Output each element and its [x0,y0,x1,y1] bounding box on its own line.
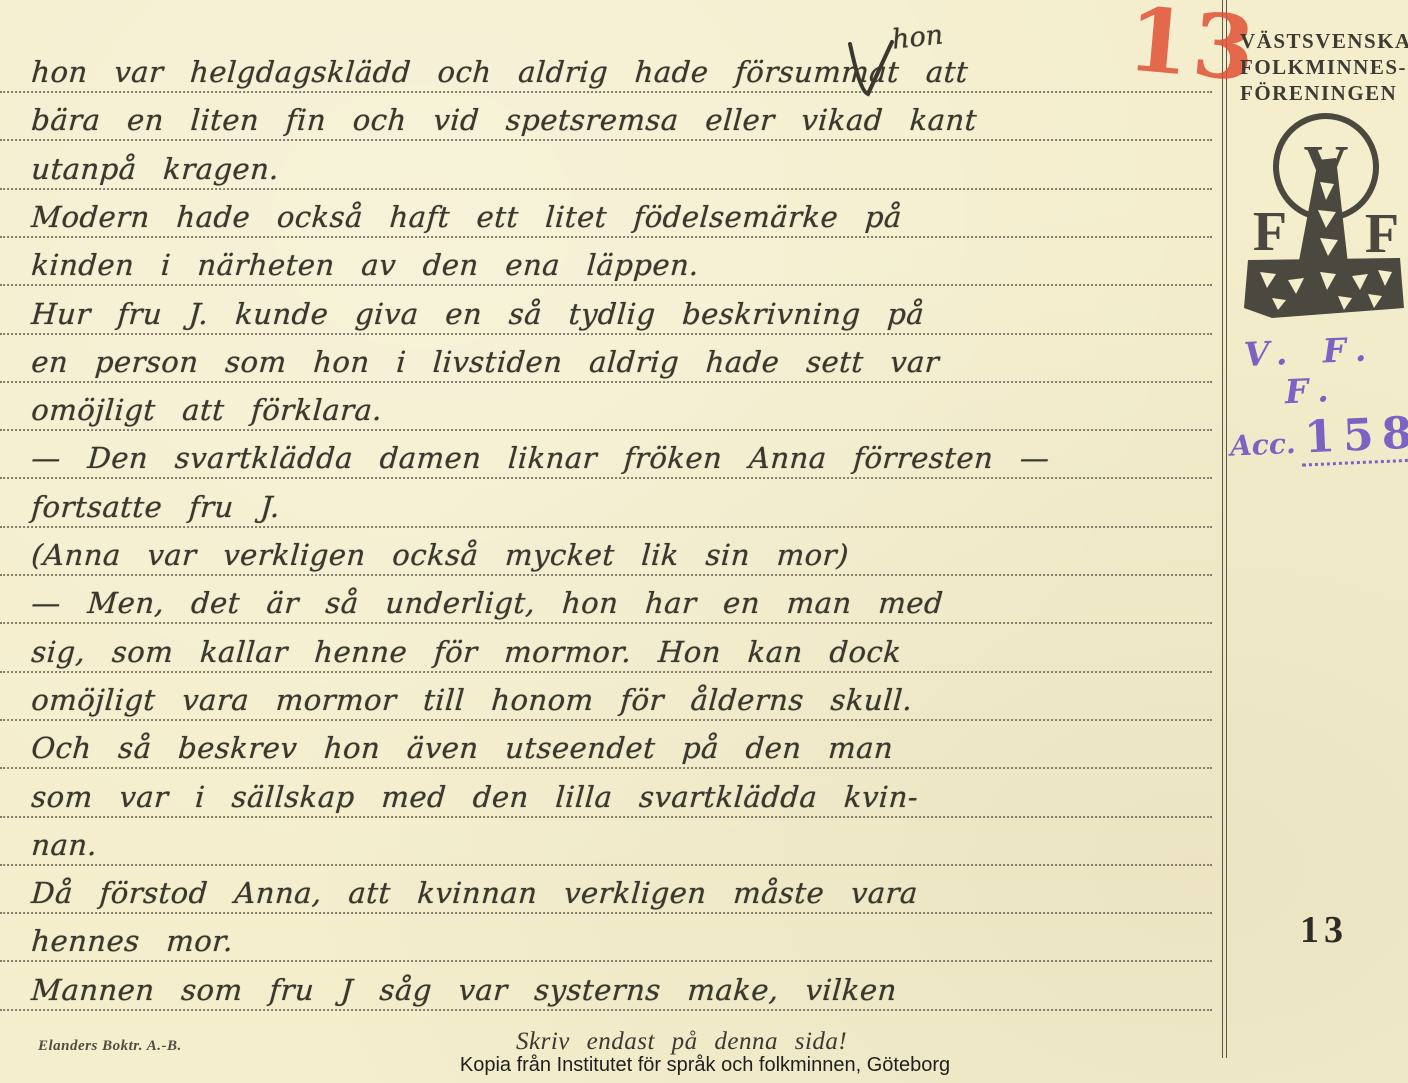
archive-copy-note: Kopia från Institutet för språk och folk… [405,1054,1005,1077]
manuscript-line: omöjligt vara mormor till honom för ålde… [0,672,1215,721]
org-name-line3: FÖRENINGEN [1240,80,1408,106]
manuscript-page: hon var helgdagsklädd och aldrig hade fö… [0,0,1408,1083]
manuscript-line: sig, som kallar henne för mormor. Hon ka… [0,624,1215,673]
write-only-instruction: Skriv endast på denna sida! [516,1028,847,1056]
logo-letter-f-left: F [1253,201,1287,263]
manuscript-line: utanpå kragen. [0,141,1215,190]
thors-hammer-logo-icon: V F F [1242,112,1406,327]
ruled-writing-area: hon var helgdagsklädd och aldrig hade fö… [0,0,1222,1083]
manuscript-line: omöjligt att förklara. [0,382,1215,431]
org-name-line1: VÄSTSVENSKA [1240,28,1408,54]
page-number-stamp: 13 [1300,908,1348,952]
manuscript-line: nan. [0,817,1215,866]
manuscript-line: en person som hon i livstiden aldrig had… [0,334,1215,383]
accession-label: Acc. [1229,427,1296,463]
org-name-line2: FOLKMINNES- [1240,54,1408,80]
manuscript-line: Då förstod Anna, att kvinnan verkligen m… [0,865,1215,914]
printer-mark: Elanders Boktr. A.-B. [38,1038,182,1055]
organisation-name: VÄSTSVENSKA FOLKMINNES- FÖRENINGEN [1240,28,1408,106]
manuscript-line: (Anna var verkligen också mycket lik sin… [0,527,1215,576]
accession-stamp: V. F. F. Acc. 1585 [1225,328,1401,466]
manuscript-line: hennes mor. [0,913,1215,962]
manuscript-line: Och så beskrev hon även utseendet på den… [0,720,1215,769]
manuscript-line: Modern hade också haft ett litet födelse… [0,189,1215,238]
manuscript-line: hon var helgdagsklädd och aldrig hade fö… [0,44,1215,93]
accession-number: 1585 [1299,406,1408,467]
insertion-caret-icon [846,38,898,100]
manuscript-line: — Men, det är så underligt, hon har en m… [0,575,1215,624]
manuscript-line: som var i sällskap med den lilla svartkl… [0,769,1215,818]
margin-rule [1222,0,1227,1058]
manuscript-line: fortsatte fru J. [0,479,1215,528]
logo-letter-f-right: F [1365,203,1399,265]
manuscript-line: Mannen som fru J såg var systerns make, … [0,962,1215,1011]
manuscript-line: — Den svartklädda damen liknar fröken An… [0,430,1215,479]
manuscript-line: Hur fru J. kunde giva en så tydlig beskr… [0,286,1215,335]
manuscript-line: bära en liten fin och vid spetsremsa ell… [0,92,1215,141]
manuscript-line: kinden i närheten av den ena läppen. [0,237,1215,286]
accession-org: V. F. F. [1225,328,1398,413]
inserted-word: hon [891,19,945,55]
